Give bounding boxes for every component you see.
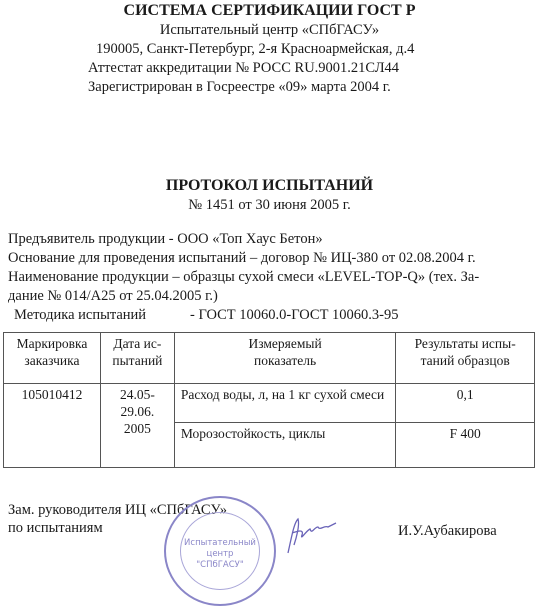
method-value: - ГОСТ 10060.0-ГОСТ 10060.3-95 bbox=[190, 307, 399, 324]
header-indicator: Измеряемыйпоказатель bbox=[174, 333, 395, 384]
test-center-name: Испытательный центр «СПбГАСУ» bbox=[0, 22, 539, 39]
header-date: Дата ис-пытаний bbox=[100, 333, 174, 384]
signatory-position-cont: по испытаниям bbox=[8, 520, 103, 537]
test-basis: Основание для проведения испытаний – дог… bbox=[8, 250, 476, 267]
header-results: Результаты испы-таний образцов bbox=[396, 333, 535, 384]
signature-icon bbox=[280, 515, 340, 555]
cell-result: 0,1 bbox=[396, 384, 535, 423]
cell-indicator: Расход воды, л, на 1 кг сухой смеси bbox=[174, 384, 395, 423]
applicant: Предъявитель продукции - ООО «Топ Хаус Б… bbox=[8, 231, 323, 248]
cell-result: F 400 bbox=[396, 423, 535, 468]
results-table: Маркировказаказчика Дата ис-пытаний Изме… bbox=[3, 332, 535, 468]
product-name: Наименование продукции – образцы сухой с… bbox=[8, 269, 479, 286]
header-marking: Маркировказаказчика bbox=[4, 333, 101, 384]
table-row: 105010412 24.05-29.06.2005 Расход воды, … bbox=[4, 384, 535, 423]
protocol-title: ПРОТОКОЛ ИСПЫТАНИЙ bbox=[0, 177, 539, 195]
accreditation: Аттестат аккредитации № РОСС RU.9001.21С… bbox=[88, 60, 399, 77]
method-label: Методика испытаний bbox=[14, 307, 146, 324]
cell-marking: 105010412 bbox=[4, 384, 101, 468]
cell-indicator: Морозостойкость, циклы bbox=[174, 423, 395, 468]
product-name-cont: дание № 014/А25 от 25.04.2005 г.) bbox=[8, 288, 218, 305]
cell-date: 24.05-29.06.2005 bbox=[100, 384, 174, 468]
table-header-row: Маркировказаказчика Дата ис-пытаний Изме… bbox=[4, 333, 535, 384]
protocol-number: № 1451 от 30 июня 2005 г. bbox=[0, 197, 539, 214]
signatory-name: И.У.Аубакирова bbox=[398, 523, 497, 540]
registration: Зарегистрирован в Госреестре «09» марта … bbox=[88, 79, 391, 96]
stamp-seal-icon: Испытательный центр "СПбГАСУ" bbox=[164, 496, 276, 606]
address: 190005, Санкт-Петербург, 2-я Красноармей… bbox=[96, 41, 414, 58]
certification-system-title: СИСТЕМА СЕРТИФИКАЦИИ ГОСТ Р bbox=[0, 2, 539, 20]
